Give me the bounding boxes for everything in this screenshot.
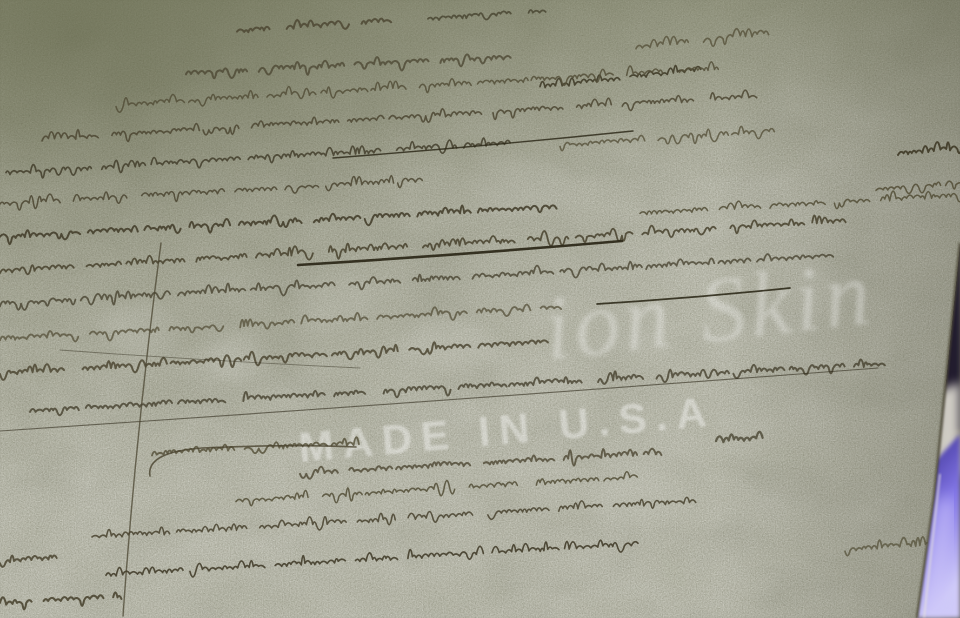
manuscript-photo: ion Skin MADE IN U.S.A [0,0,960,618]
paper-sheet: ion Skin MADE IN U.S.A [0,0,960,618]
manuscript-photo-canvas: ion Skin MADE IN U.S.A [0,0,960,618]
